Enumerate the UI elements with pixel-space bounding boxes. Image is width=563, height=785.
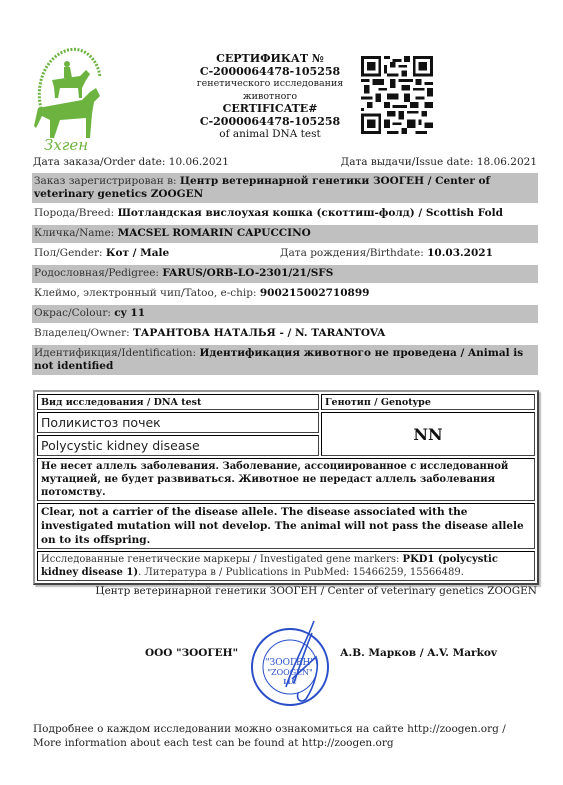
result-description-ru: Не несет аллель заболевания. Заболевание…	[37, 458, 535, 501]
more-info-text: Подробнее о каждом исследовании можно оз…	[33, 722, 533, 750]
registered-row: Заказ зарегистрирован в: Центр ветеринар…	[32, 173, 538, 203]
certificate-heading-en: CERTIFICATE#	[170, 103, 370, 116]
svg-text:Зxген: Зxген	[44, 136, 88, 154]
breed-row: Порода/Breed: Шотландская вислоухая кошк…	[32, 205, 538, 223]
dates-row: Дата заказа/Order date: 10.06.2021 Дата …	[33, 156, 537, 168]
center-name: Центр ветеринарной генетики ЗООГЕН / Cen…	[95, 585, 537, 597]
gene-markers: Исследованные генетические маркеры / Inv…	[37, 551, 535, 581]
birthdate-field: Дата рождения/Birthdate: 10.03.2021	[280, 247, 493, 261]
company-stamp-icon: "ЗООГЕН" "ZOOGEN" LLC	[248, 617, 338, 709]
zoogen-horse-logo-icon: Зxген	[30, 42, 105, 154]
issue-date: Дата выдачи/Issue date: 18.06.2021	[341, 156, 537, 168]
gender-field: Пол/Gender: Кот / Male	[34, 247, 280, 261]
order-date: Дата заказа/Order date: 10.06.2021	[33, 156, 229, 168]
pedigree-row: Родословная/Pedigree: FARUS/ORB-LO-2301/…	[32, 265, 538, 283]
qr-code-icon[interactable]	[361, 56, 433, 134]
table-row: Исследованные генетические маркеры / Inv…	[37, 551, 535, 581]
name-row: Кличка/Name: MACSEL ROMARIN CAPUCCINO	[32, 225, 538, 243]
column-header-test: Вид исследования / DNA test	[37, 394, 319, 410]
certificate-subtitle-en: of animal DNA test	[170, 128, 370, 141]
company-name: ООО "ЗООГЕН"	[145, 647, 238, 659]
certificate-subtitle-ru-1: генетического исследования	[170, 78, 370, 91]
svg-text:"ЗООГЕН": "ЗООГЕН"	[265, 658, 314, 668]
column-header-genotype: Генотип / Genotype	[321, 394, 535, 410]
gender-birthdate-row: Пол/Gender: Кот / Male Дата рождения/Bir…	[32, 245, 538, 263]
result-description-en: Clear, not a carrier of the disease alle…	[37, 503, 535, 549]
certificate-heading-ru: СЕРТИФИКАТ №	[170, 53, 370, 66]
animal-info: Заказ зарегистрирован в: Центр ветеринар…	[32, 173, 538, 377]
table-row: Поликистоз почек NN	[37, 412, 535, 433]
certificate-number-ru: C-2000064478-105258	[170, 66, 370, 79]
table-row: Не несет аллель заболевания. Заболевание…	[37, 458, 535, 501]
certificate-title: СЕРТИФИКАТ № C-2000064478-105258 генетич…	[170, 53, 370, 141]
signatory-name: А.В. Марков / A.V. Markov	[340, 647, 497, 659]
identification-row: Идентификция/Identification: Идентификац…	[32, 345, 538, 375]
test-name-en: Polycystic kidney disease	[37, 435, 319, 456]
chip-row: Клеймо, электронный чип/Tatoo, e-chip: 9…	[32, 285, 538, 303]
certificate-number-en: C-2000064478-105258	[170, 116, 370, 129]
table-header-row: Вид исследования / DNA test Генотип / Ge…	[37, 394, 535, 410]
table-row: Clear, not a carrier of the disease alle…	[37, 503, 535, 549]
genotype-value: NN	[321, 412, 535, 456]
owner-row: Владелец/Owner: ТАРАНТОВА НАТАЛЬЯ - / N.…	[32, 325, 538, 343]
dna-test-table: Вид исследования / DNA test Генотип / Ge…	[33, 390, 539, 585]
colour-row: Окрас/Colour: cy 11	[32, 305, 538, 323]
test-name-ru: Поликистоз почек	[37, 412, 319, 433]
